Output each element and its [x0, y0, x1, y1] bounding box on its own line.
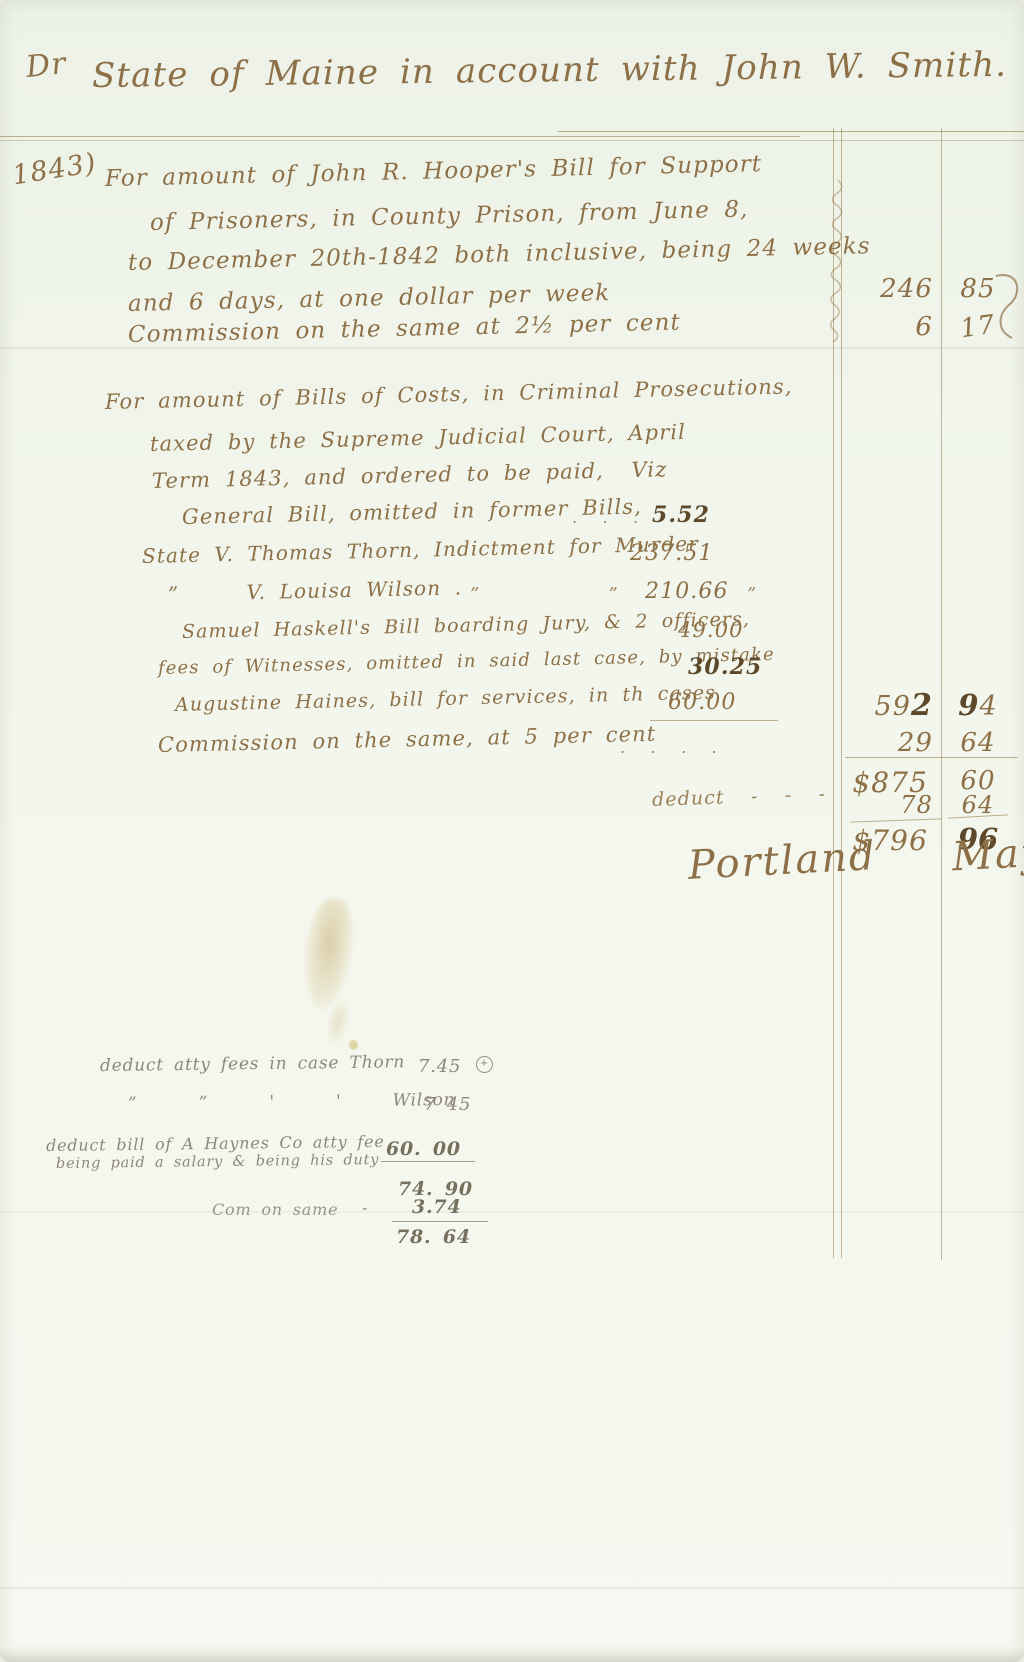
item-witness-fees-text: fees of Witnesses, omitted in said last … [158, 644, 775, 679]
entry2-commission-dots: . . . . [620, 738, 718, 757]
item-haines-amount: 60.00 [668, 690, 736, 715]
header-rule-left [0, 136, 800, 137]
item-wilson-text: ” V. Louisa Wilson . [168, 575, 463, 606]
entry2-commission-text: Commission on the same, at 5 per cent [158, 722, 657, 757]
amount-246-dollars: 246 [845, 274, 933, 304]
pencil-sum-7864: 78. 64 [396, 1226, 471, 1248]
item-wilson-amount: 210.66 [645, 579, 729, 604]
ink-flourish-decoration [992, 268, 1024, 346]
entry2-line1: For amount of Bills of Costs, in Crimina… [105, 374, 793, 414]
page-title: State of Maine in account with John W. S… [92, 45, 1007, 96]
subtotal-94-part-a: 9 [958, 688, 979, 722]
page-bottom-edge [0, 1646, 1024, 1662]
entry1-line1: For amount of John R. Hooper's Bill for … [105, 151, 763, 192]
subtotal-94-part-b: 4 [980, 691, 998, 722]
deduct-78-dollars: 78 [845, 791, 933, 819]
pencil-deduct-thorn-text: deduct atty fees in case Thorn [100, 1052, 405, 1076]
subtotal-rule [845, 757, 1018, 758]
haines-amount-underline [650, 720, 778, 721]
fold-line-lower [0, 1587, 1024, 1589]
header-rule-right [558, 131, 1024, 132]
pencil-deduct-wilson-text: ” ” ' ' Wilson [128, 1090, 456, 1114]
pencil-com-on-same-text: Com on same [212, 1200, 338, 1219]
item-thorn-text: State V. Thomas Thorn, Indictment for Mu… [142, 531, 699, 568]
item-haines-text: Augustine Haines, bill for services, in … [175, 682, 716, 716]
subtotal-592-part-a: 59 [874, 691, 911, 722]
commission-64-cents: 64 [948, 728, 1008, 758]
pencil-com-amount: 3.74 [412, 1196, 461, 1218]
pencil-total-rule [392, 1221, 488, 1222]
circled-plus-mark: + [476, 1056, 493, 1073]
entry1-line2: of Prisoners, in County Prison, from Jun… [150, 196, 749, 236]
item-thorn-amount: 237.51 [630, 541, 714, 566]
item-general-bill-dots: . . . [572, 508, 639, 527]
subtotal-592-part-b: 2 [911, 688, 933, 723]
paper-stain-dot [349, 1040, 358, 1050]
entry1-line3: to December 20th-1842 both inclusive, be… [128, 233, 871, 276]
pencil-haynes-text: deduct bill of A Haynes Co atty fee [46, 1132, 385, 1155]
fold-line-upper [0, 347, 1024, 349]
signature-month: May [951, 830, 1024, 881]
pencil-deduct-wilson-amount: 7 45 [424, 1094, 471, 1115]
fold-line-middle [0, 1211, 1024, 1213]
net-total-rule-left [850, 818, 942, 823]
entry1-line5: Commission on the same at 2½ per cent [128, 309, 681, 348]
year-label: 1843) [10, 148, 99, 192]
commission-29-dollars: 29 [845, 728, 933, 758]
entry1-line4: and 6 days, at one dollar per week [128, 280, 611, 317]
entry2-line2: taxed by the Supreme Judicial Court, Apr… [150, 420, 686, 456]
pencil-com-dash: - [362, 1198, 368, 1217]
subtotal-94-cents: 94 [948, 688, 1008, 722]
document-paper: Dr State of Maine in account with John W… [0, 0, 1024, 1662]
pencil-deduct-thorn-amount: 7.45 [418, 1056, 461, 1077]
item-haskell-amount: 49.00 [678, 618, 744, 642]
header-rule-faint [0, 140, 1024, 141]
pencil-salary-note: being paid a salary & being his duty [56, 1152, 379, 1172]
item-haskell-text: Samuel Haskell's Bill boarding Jury, & 2… [182, 608, 750, 643]
signature-place: Portland [687, 833, 878, 889]
deduct-label: deduct - - - [652, 783, 827, 811]
column-rule-cents [941, 128, 942, 1260]
amount-6-dollars: 6 [845, 312, 933, 342]
pencil-haynes-amount: 60. 00 [386, 1138, 461, 1160]
item-general-bill-amount: 5.52 [652, 502, 710, 528]
header-dr: Dr [24, 46, 68, 85]
pencil-haynes-underline [381, 1161, 475, 1162]
item-witness-fees-amount: 30.25 [688, 654, 762, 680]
subtotal-592-dollars: 592 [845, 688, 933, 723]
paper-stain [298, 896, 357, 1013]
entry2-line3: Term 1843, and ordered to be paid, Viz [152, 457, 668, 493]
